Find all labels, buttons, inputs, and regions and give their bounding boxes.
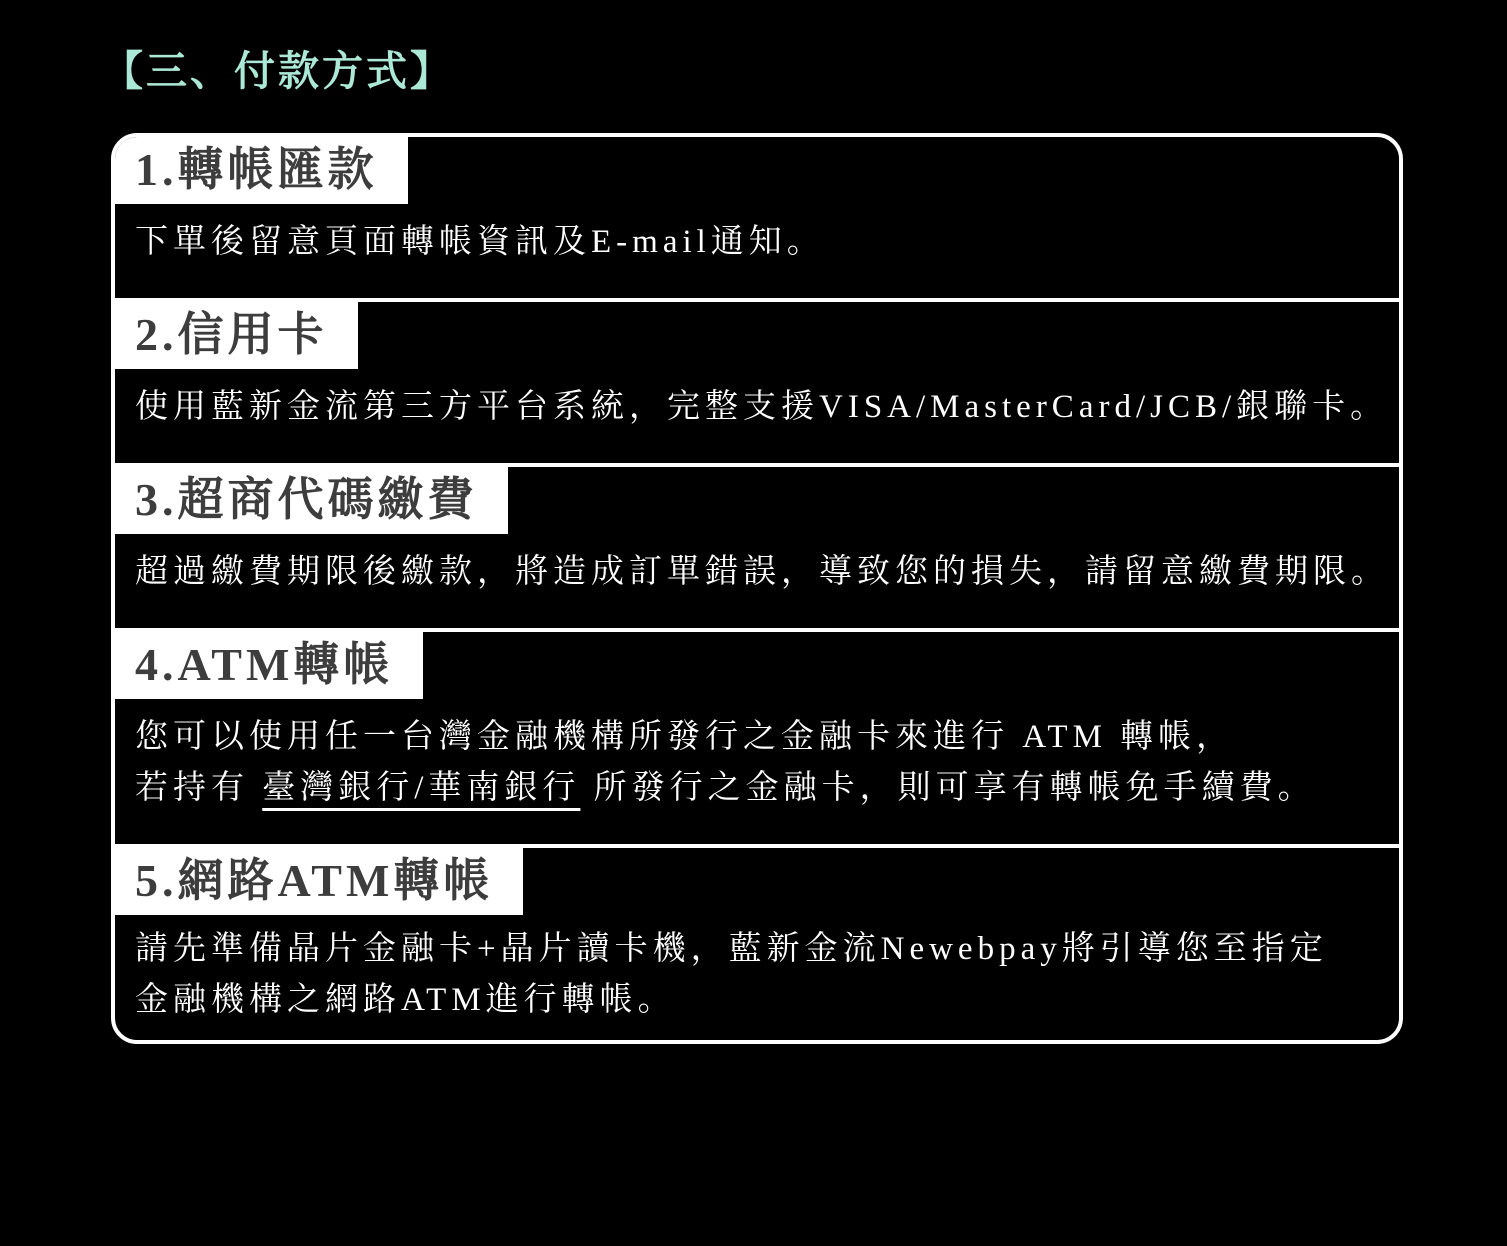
method-atm-transfer: 4.ATM轉帳 您可以使用任一台灣金融機構所發行之金融卡來進行 ATM 轉帳， …	[115, 628, 1399, 844]
page-title: 【三、付款方式】	[102, 38, 454, 97]
method-web-atm-transfer: 5.網路ATM轉帳 請先準備晶片金融卡+晶片讀卡機，藍新金流Newebpay將引…	[115, 844, 1399, 1040]
method-cvs-code-payment: 3.超商代碼繳費 超過繳費期限後繳款，將造成訂單錯誤，導致您的損失，請留意繳費期…	[115, 463, 1399, 628]
method-bank-transfer-label: 1.轉帳匯款	[115, 137, 408, 204]
atm-line2-prefix: 若持有	[135, 770, 262, 806]
method-web-atm-transfer-label: 5.網路ATM轉帳	[115, 848, 523, 915]
payment-info-page: { "page": { "title": "【三、付款方式】", "backgr…	[0, 0, 1507, 1246]
method-credit-card-label: 2.信用卡	[115, 302, 358, 369]
method-cvs-code-payment-description: 超過繳費期限後繳款，將造成訂單錯誤，導致您的損失，請留意繳費期限。	[115, 534, 1399, 598]
method-atm-transfer-description-line-2: 若持有 臺灣銀行/華南銀行 所發行之金融卡，則可享有轉帳免手續費。	[115, 763, 1399, 814]
method-web-atm-transfer-description-line-2: 金融機構之網路ATM進行轉帳。	[115, 975, 1399, 1026]
bank-names-underlined: 臺灣銀行/華南銀行	[262, 770, 580, 806]
method-atm-transfer-label: 4.ATM轉帳	[115, 632, 423, 699]
method-cvs-code-payment-label: 3.超商代碼繳費	[115, 467, 508, 534]
payment-methods-panel: 1.轉帳匯款 下單後留意頁面轉帳資訊及E-mail通知。 2.信用卡 使用藍新金…	[111, 133, 1403, 1044]
method-bank-transfer-description: 下單後留意頁面轉帳資訊及E-mail通知。	[115, 204, 1399, 268]
method-credit-card: 2.信用卡 使用藍新金流第三方平台系統，完整支援VISA/MasterCard/…	[115, 298, 1399, 463]
method-bank-transfer: 1.轉帳匯款 下單後留意頁面轉帳資訊及E-mail通知。	[115, 137, 1399, 298]
method-atm-transfer-description-line-1: 您可以使用任一台灣金融機構所發行之金融卡來進行 ATM 轉帳，	[115, 699, 1399, 763]
atm-line2-suffix: 所發行之金融卡，則可享有轉帳免手續費。	[580, 770, 1315, 806]
method-web-atm-transfer-description-line-1: 請先準備晶片金融卡+晶片讀卡機，藍新金流Newebpay將引導您至指定	[115, 915, 1399, 975]
method-credit-card-description: 使用藍新金流第三方平台系統，完整支援VISA/MasterCard/JCB/銀聯…	[115, 369, 1399, 433]
